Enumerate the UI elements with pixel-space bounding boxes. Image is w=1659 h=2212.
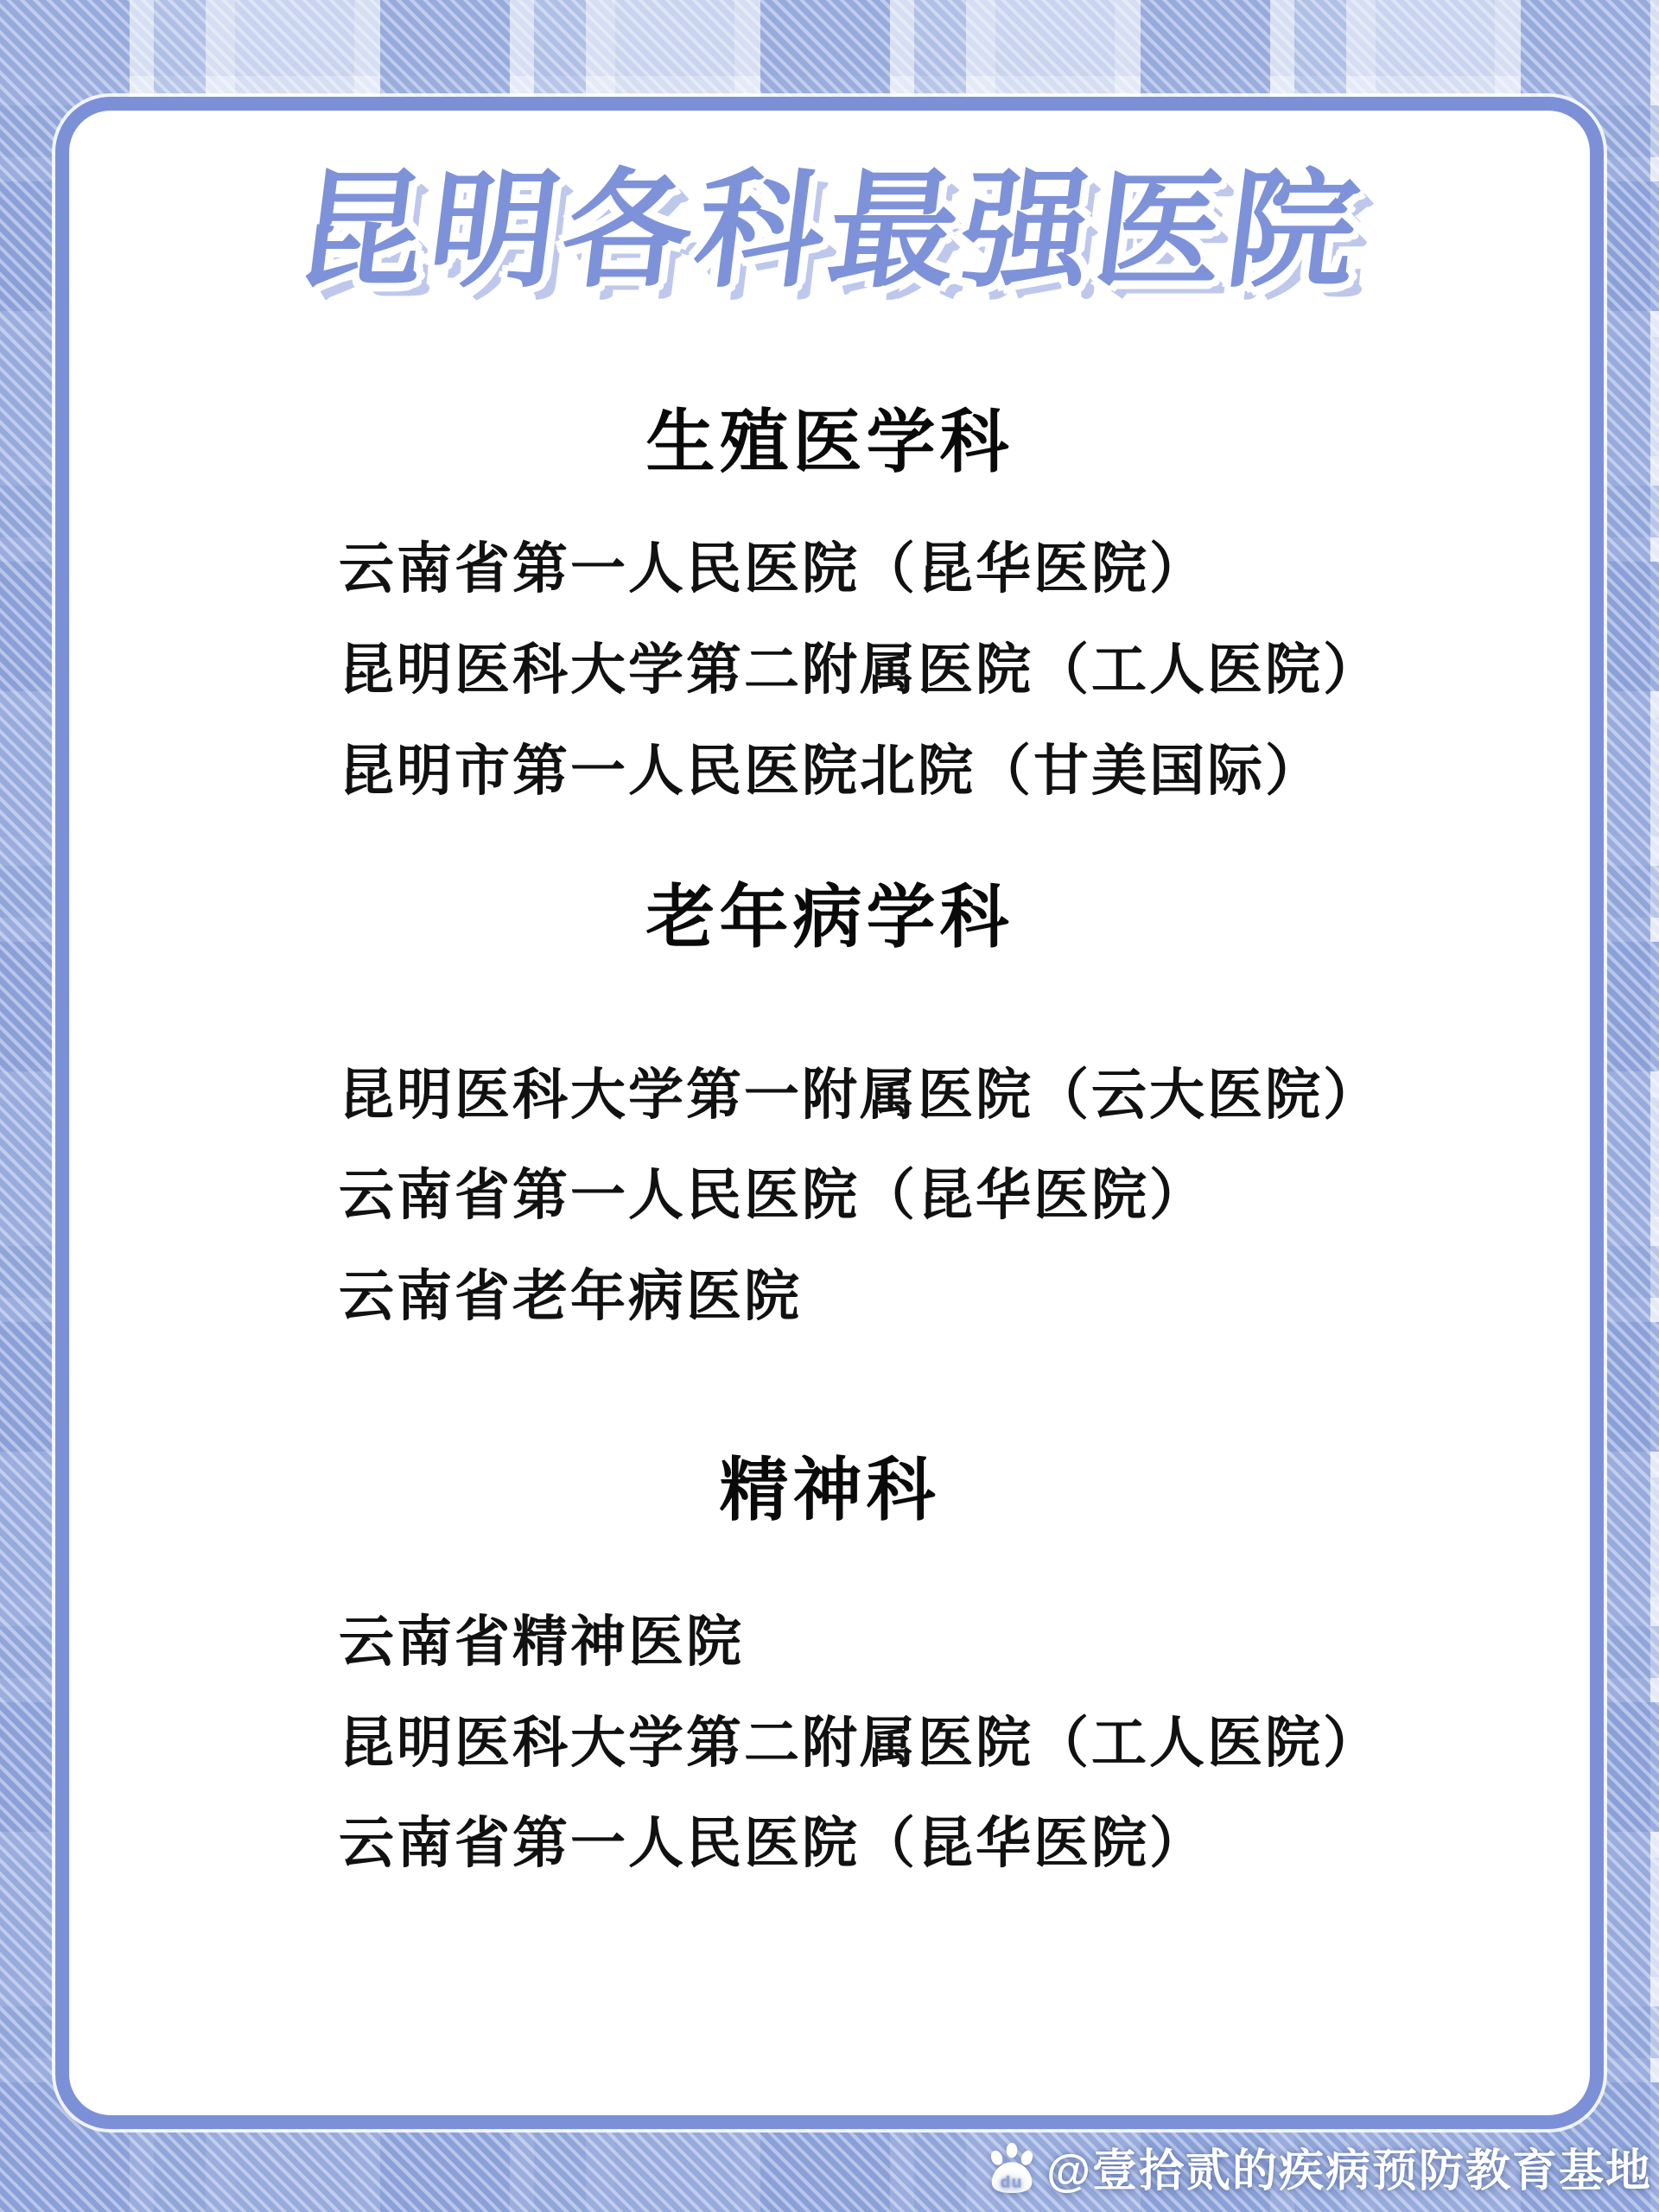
hospital-list-item: 昆明医科大学第一附属医院（云大医院）	[339, 1059, 1381, 1130]
watermark: du @壹拾贰的疾病预防教育基地	[986, 2134, 1652, 2199]
section-heading-psychiatry: 精神科	[0, 1451, 1659, 1530]
section-heading-geriatrics: 老年病学科	[0, 878, 1659, 957]
page-background: { "page": { "title": "昆明各科最强医院", "sectio…	[0, 0, 1659, 2212]
page-title: 昆明各科最强医院	[0, 145, 1659, 318]
hospital-list-item: 云南省第一人民医院（昆华医院）	[339, 533, 1207, 604]
baidu-paw-icon: du	[986, 2140, 1039, 2194]
hospital-list-item: 昆明医科大学第二附属医院（工人医院）	[339, 634, 1381, 705]
paw-icon-label: du	[1001, 2172, 1023, 2190]
hospital-list-item: 云南省第一人民医院（昆华医院）	[339, 1160, 1207, 1230]
hospital-list-item: 昆明医科大学第二附属医院（工人医院）	[339, 1707, 1381, 1778]
hospital-list-item: 云南省老年病医院	[339, 1261, 802, 1332]
watermark-handle: @壹拾贰的疾病预防教育基地	[1046, 2134, 1652, 2199]
hospital-list-item: 云南省精神医院	[339, 1606, 744, 1677]
hospital-list-item: 昆明市第一人民医院北院（甘美国际）	[339, 735, 1323, 806]
section-heading-reproductive-medicine: 生殖医学科	[0, 403, 1659, 482]
hospital-list-item: 云南省第一人民医院（昆华医院）	[339, 1808, 1207, 1878]
